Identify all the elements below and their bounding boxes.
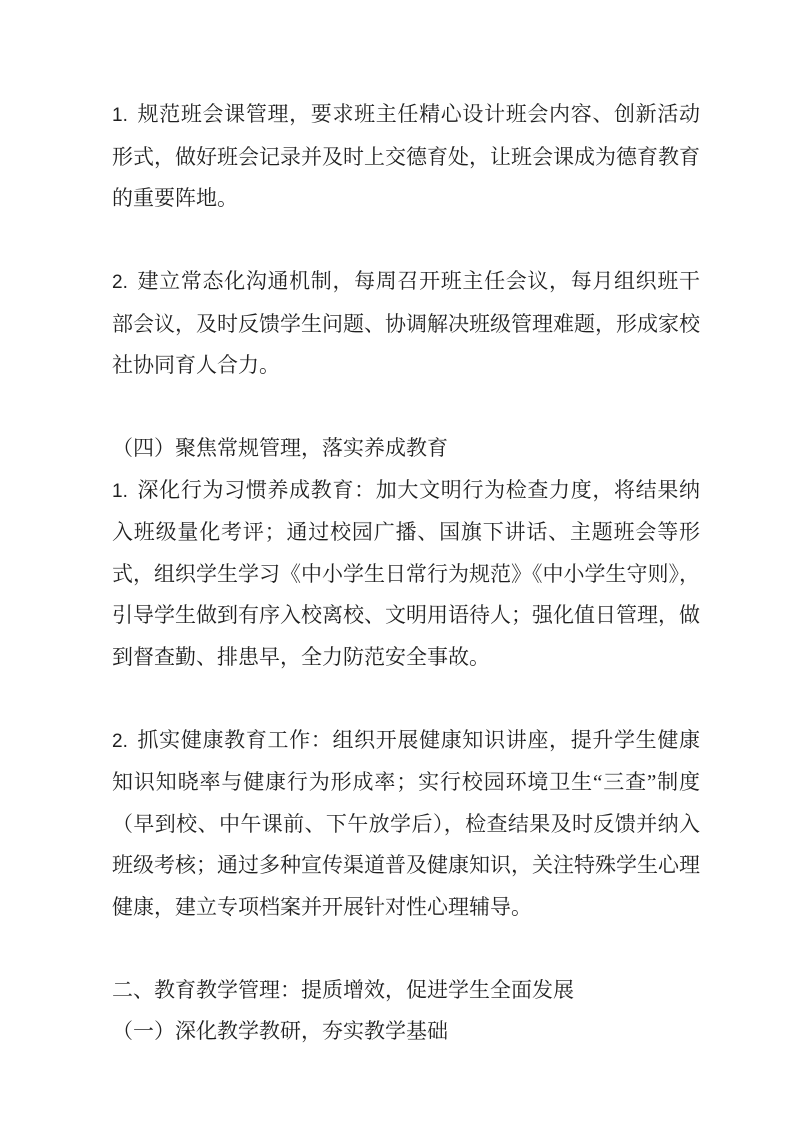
chapter-heading: 二、教育教学管理：提质增效，促进学生全面发展	[112, 970, 700, 1012]
list-number: 2.	[112, 272, 128, 293]
paragraph: 2.抓实健康教育工作：组织开展健康知识讲座，提升学生健康知识知晓率与健康行为形成…	[112, 720, 700, 929]
list-number: 2.	[112, 731, 128, 752]
document-page: 1.规范班会课管理，要求班主任精心设计班会内容、创新活动形式，做好班会记录并及时…	[0, 0, 793, 1122]
paragraph-text: 抓实健康教育工作：组织开展健康知识讲座，提升学生健康知识知晓率与健康行为形成率；…	[112, 728, 700, 919]
paragraph: 1.规范班会课管理，要求班主任精心设计班会内容、创新活动形式，做好班会记录并及时…	[112, 94, 700, 220]
paragraph-text: 规范班会课管理，要求班主任精心设计班会内容、创新活动形式，做好班会记录并及时上交…	[112, 102, 700, 210]
section-heading: （一）深化教学教研，夯实教学基础	[112, 1011, 700, 1053]
section-heading: （四）聚焦常规管理，落实养成教育	[112, 428, 700, 470]
list-number: 1.	[112, 481, 128, 502]
paragraph: 2.建立常态化沟通机制，每周召开班主任会议，每月组织班干部会议，及时反馈学生问题…	[112, 261, 700, 387]
list-number: 1.	[112, 105, 128, 126]
paragraph-text: 深化行为习惯养成教育：加大文明行为检查力度，将结果纳入班级量化考评；通过校园广播…	[112, 478, 700, 669]
paragraph: 1.深化行为习惯养成教育：加大文明行为检查力度，将结果纳入班级量化考评；通过校园…	[112, 470, 700, 679]
paragraph-text: 建立常态化沟通机制，每周召开班主任会议，每月组织班干部会议，及时反馈学生问题、协…	[112, 269, 700, 377]
